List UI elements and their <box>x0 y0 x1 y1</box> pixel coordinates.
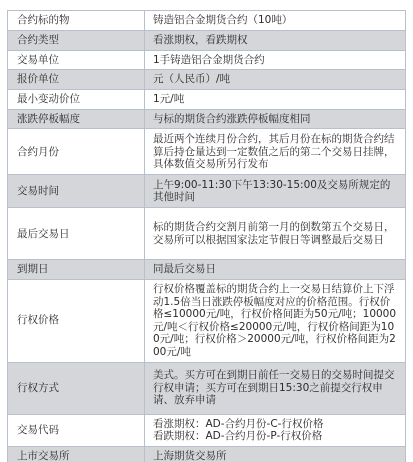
row-value: 上海期货交易所 <box>145 446 406 462</box>
row-value: 美式。买方可在到期日前任一交易日的交易时间提交行权申请；买方可在到期日15:30… <box>145 362 406 414</box>
row-value: 看涨期权，看跌期权 <box>145 31 406 51</box>
row-value: 与标的期货合约涨跌停板幅度相同 <box>145 109 406 129</box>
row-value: 1手铸造铝合金期货合约 <box>145 50 406 70</box>
table-row: 行权方式 美式。买方可在到期日前任一交易日的交易时间提交行权申请；买方可在到期日… <box>8 362 406 414</box>
row-label: 交易单位 <box>8 50 145 70</box>
row-value: 行权价格覆盖标的期货合约上一交易日结算价上下浮动1.5倍当日涨跌停板幅度对应的价… <box>145 279 406 362</box>
table-row: 合约类型 看涨期权，看跌期权 <box>8 31 406 51</box>
row-label: 交易时间 <box>8 175 145 208</box>
table-row: 交易时间 上午9:00-11:30下午13:30-15:00及交易所规定的其他时… <box>8 175 406 208</box>
row-value: 同最后交易日 <box>145 260 406 280</box>
row-label: 合约标的物 <box>8 11 145 31</box>
row-label: 行权价格 <box>8 279 145 362</box>
table-row: 交易代码 看涨期权：AD-合约月份-C-行权价格 看跌期权：AD-合约月份-P-… <box>8 414 406 446</box>
table-row: 上市交易所 上海期货交易所 <box>8 446 406 462</box>
row-value: 铸造铝合金期货合约（10吨） <box>145 11 406 31</box>
table-row: 最小变动价位 1元/吨 <box>8 89 406 109</box>
table-row: 报价单位 元（人民币）/吨 <box>8 70 406 90</box>
row-value: 标的期货合约交割月前第一月的倒数第五个交易日，交易所可以根据国家法定节假日等调整… <box>145 208 406 260</box>
row-label: 合约月份 <box>8 129 145 175</box>
row-value: 元（人民币）/吨 <box>145 70 406 90</box>
row-label: 合约类型 <box>8 31 145 51</box>
row-value: 1元/吨 <box>145 89 406 109</box>
table-row: 交易单位 1手铸造铝合金期货合约 <box>8 50 406 70</box>
row-value: 最近两个连续月份合约，其后月份在标的期货合约结算后持仓量达到一定数值之后的第二个… <box>145 129 406 175</box>
row-label: 行权方式 <box>8 362 145 414</box>
table-row: 最后交易日 标的期货合约交割月前第一月的倒数第五个交易日，交易所可以根据国家法定… <box>8 208 406 260</box>
row-label: 涨跌停板幅度 <box>8 109 145 129</box>
row-label: 报价单位 <box>8 70 145 90</box>
table-row: 合约月份 最近两个连续月份合约，其后月份在标的期货合约结算后持仓量达到一定数值之… <box>8 129 406 175</box>
table-row: 合约标的物 铸造铝合金期货合约（10吨） <box>8 11 406 31</box>
row-label: 最小变动价位 <box>8 89 145 109</box>
contract-spec-table: 合约标的物 铸造铝合金期货合约（10吨） 合约类型 看涨期权，看跌期权 交易单位… <box>7 10 406 462</box>
row-label: 交易代码 <box>8 414 145 446</box>
table-row: 到期日 同最后交易日 <box>8 260 406 280</box>
row-value: 上午9:00-11:30下午13:30-15:00及交易所规定的其他时间 <box>145 175 406 208</box>
row-value: 看涨期权：AD-合约月份-C-行权价格 看跌期权：AD-合约月份-P-行权价格 <box>145 414 406 446</box>
row-label: 上市交易所 <box>8 446 145 462</box>
trading-code-put: 看跌期权：AD-合约月份-P-行权价格 <box>153 430 399 443</box>
trading-code-call: 看涨期权：AD-合约月份-C-行权价格 <box>153 418 399 431</box>
row-label: 最后交易日 <box>8 208 145 260</box>
table-row: 涨跌停板幅度 与标的期货合约涨跌停板幅度相同 <box>8 109 406 129</box>
row-label: 到期日 <box>8 260 145 280</box>
table-row: 行权价格 行权价格覆盖标的期货合约上一交易日结算价上下浮动1.5倍当日涨跌停板幅… <box>8 279 406 362</box>
